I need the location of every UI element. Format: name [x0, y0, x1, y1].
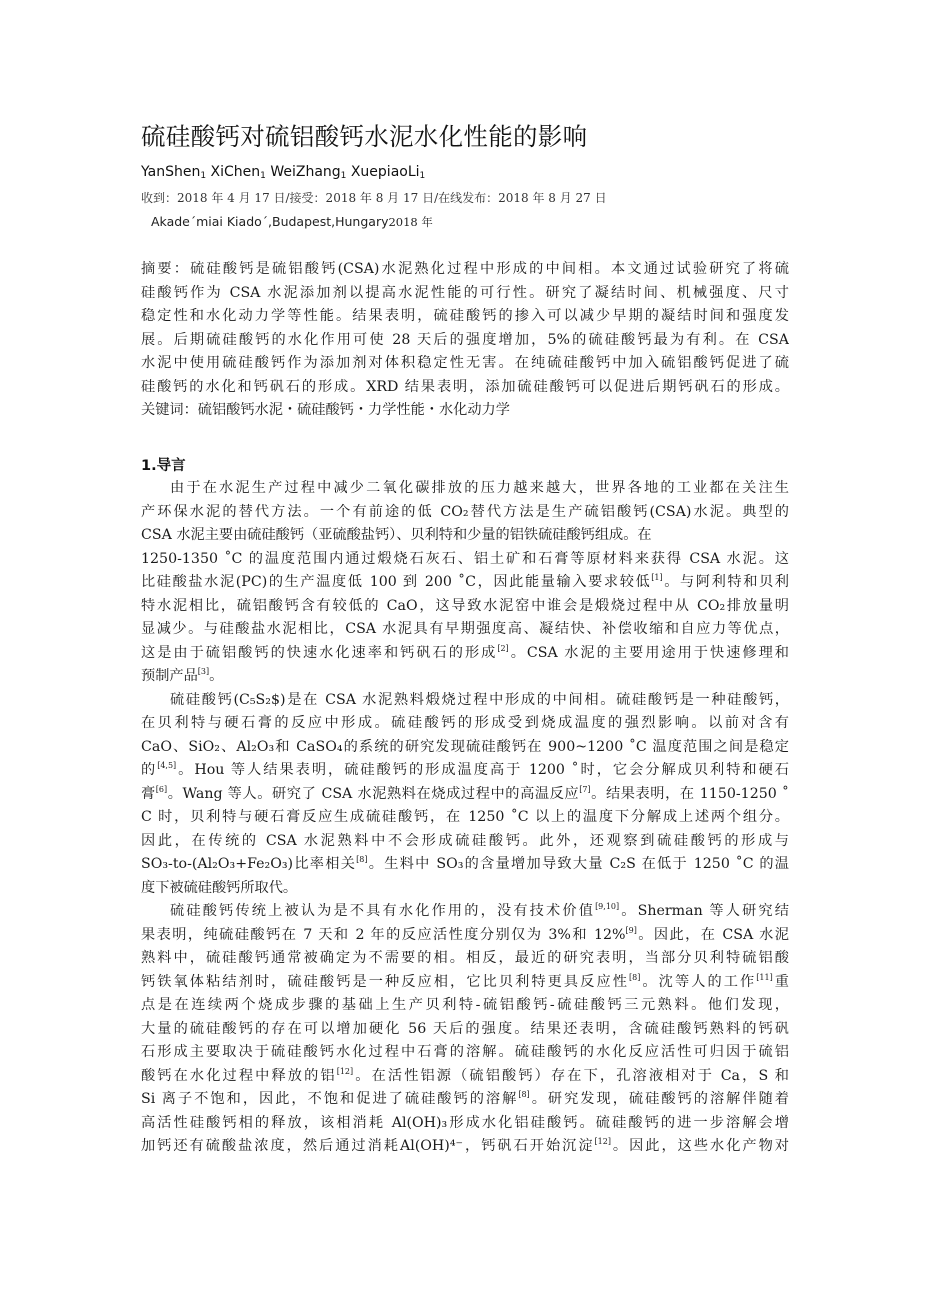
body-line: 点是在连续两个烧成步骤的基础上生产贝利特-硫铝酸钙-硫硅酸钙三元熟料。他们发现，: [141, 994, 789, 1018]
citation-marker: [12]: [595, 1137, 611, 1146]
author-affiliation: 1: [341, 171, 347, 181]
abstract-line: 水泥中使用硫硅酸钙作为添加剂对体积稳定性无害。在纯硫硅酸钙中加入硫铝酸钙促进了硫: [141, 352, 789, 376]
body-line: 比硅酸盐水泥(PC)的生产温度低 100 到 200 ˚C，因此能量输入要求较低…: [141, 571, 789, 595]
body-line: 果表明，纯硫硅酸钙在 7 天和 2 年的反应活性度分别仅为 3%和 12%[9]…: [141, 924, 789, 948]
body-line: 熟料中，硫硅酸钙通常被确定为不需要的相。相反，最近的研究表明，当部分贝利特硫铝酸: [141, 947, 789, 971]
body-line: 1250-1350 ˚C 的温度范围内通过煅烧石灰石、铝土矿和石膏等原材料来获得…: [141, 548, 789, 572]
abstract-line: 硅酸钙的水化和钙矾石的形成。XRD 结果表明，添加硫硅酸钙可以促进后期钙矾石的形…: [141, 376, 789, 400]
abstract-line: 摘要：硫硅酸钙是硫铝酸钙(CSA)水泥熟化过程中形成的中间相。本文通过试验研究了…: [141, 258, 789, 282]
body-line: 大量的硫硅酸钙的存在可以增加硬化 56 天后的强度。结果还表明，含硫硅酸钙熟料的…: [141, 1018, 789, 1042]
body-line: 显减少。与硅酸盐水泥相比，CSA 水泥具有早期强度高、凝结快、补偿收缩和自应力等…: [141, 618, 789, 642]
body-line: 这是由于硫铝酸钙的快速水化速率和钙矾石的形成[2]。CSA 水泥的主要用途用于快…: [141, 642, 789, 666]
body-line: 加钙还有硫酸盐浓度，然后通过消耗Al(OH)⁴⁻，钙矾石开始沉淀[12]。因此，…: [141, 1135, 789, 1159]
keywords: 关键词：硫铝酸钙水泥・硫硅酸钙・力学性能・水化动力学: [141, 399, 789, 423]
body-line: 因此，在传统的 CSA 水泥熟料中不会形成硫硅酸钙。此外，还观察到硫硅酸钙的形成…: [141, 830, 789, 854]
body-line: 钙铁氧体粘结剂时，硫硅酸钙是一种反应相，它比贝利特更具反应性[8]。沈等人的工作…: [141, 971, 789, 995]
body-line: Si 离子不饱和，因此，不饱和促进了硫硅酸钙的溶解[8]。研究发现，硫硅酸钙的溶…: [141, 1088, 789, 1112]
citation-marker: [8]: [356, 855, 367, 864]
publisher-year: 2018 年: [388, 215, 432, 229]
citation-marker: [4,5]: [157, 761, 176, 770]
citation-marker: [9]: [625, 926, 636, 935]
body-line: 度下被硫硅酸钙所取代。: [141, 877, 789, 901]
abstract-line: 展。后期硫硅酸钙的水化作用可使 28 天后的强度增加，5%的硫硅酸钙最为有利。在…: [141, 329, 789, 353]
body-line: C 时，贝利特与硬石膏反应生成硫硅酸钙，在 1250 ˚C 以上的温度下分解成上…: [141, 806, 789, 830]
abstract-line: 硅酸钙作为 CSA 水泥添加剂以提高水泥性能的可行性。研究了凝结时间、机械强度、…: [141, 282, 789, 306]
citation-marker: [6]: [156, 785, 167, 794]
author-affiliation: 1: [420, 171, 426, 181]
body-line: 产环保水泥的替代方法。一个有前途的低 CO₂替代方法是生产硫铝酸钙(CSA)水泥…: [141, 501, 789, 525]
body-line: SO₃-to-(Al₂O₃+Fe₂O₃)比率相关[8]。生料中 SO₃的含量增加…: [141, 853, 789, 877]
abstract-line: 稳定性和水化动力学等性能。结果表明，硫硅酸钙的掺入可以减少早期的凝结时间和强度发: [141, 305, 789, 329]
citation-marker: [11]: [756, 973, 772, 982]
body-line: 酸钙在水化过程中释放的铝[12]。在活性铝源（硫铝酸钙）存在下，孔溶液相对于 C…: [141, 1065, 789, 1089]
citation-marker: [1]: [651, 573, 662, 582]
body-line: 硫硅酸钙传统上被认为是不具有水化作用的，没有技术价值[9,10]。Sherman…: [141, 900, 789, 924]
body-line: 由于在水泥生产过程中减少二氧化碳排放的压力越来越大，世界各地的工业都在关注生: [141, 477, 789, 501]
body-line: CSA 水泥主要由硫硅酸钙（亚硫酸盐钙）、贝利特和少量的铝铁硫硅酸钙组成。在: [141, 524, 789, 548]
publisher-line: Akadeˊmiai Kiadoˊ,Budapest,Hungary2018 年: [151, 214, 433, 230]
body-line: 的[4,5]。Hou 等人结果表明，硫硅酸钙的形成温度高于 1200 ˚时，它会…: [141, 759, 789, 783]
author-list: YanShen1 XiChen1 WeiZhang1 XuepiaoLi1: [141, 164, 425, 180]
introduction-body: 由于在水泥生产过程中减少二氧化碳排放的压力越来越大，世界各地的工业都在关注生产环…: [141, 477, 789, 1159]
body-line: 硫硅酸钙(C₅S₂$)是在 CSA 水泥熟料煅烧过程中形成的中间相。硫硅酸钙是一…: [141, 689, 789, 713]
author-name: XuepiaoLi: [351, 164, 420, 180]
abstract: 摘要：硫硅酸钙是硫铝酸钙(CSA)水泥熟化过程中形成的中间相。本文通过试验研究了…: [141, 258, 789, 423]
publication-dates: 收到：2018 年 4 月 17 日/接受：2018 年 8 月 17 日/在线…: [141, 189, 607, 206]
author-affiliation: 1: [200, 171, 206, 181]
citation-marker: [2]: [497, 644, 508, 653]
body-line: 预制产品[3]。: [141, 665, 789, 689]
citation-marker: [7]: [579, 785, 590, 794]
body-line: 特水泥相比，硫铝酸钙含有较低的 CaO，这导致水泥窑中谁会是煅烧过程中从 CO₂…: [141, 595, 789, 619]
section-heading: 1.导言: [141, 454, 186, 475]
body-line: CaO、SiO₂、Al₂O₃和 CaSO₄的系统的研究发现硫硅酸钙在 900~1…: [141, 736, 789, 760]
body-line: 石形成主要取决于硫硅酸钙水化过程中石膏的溶解。硫硅酸钙的水化反应活性可归因于硫铝: [141, 1041, 789, 1065]
author-name: YanShen: [141, 164, 200, 180]
publisher-name: Akadeˊmiai Kiadoˊ,Budapest,Hungary: [151, 214, 388, 229]
citation-marker: [9,10]: [595, 902, 619, 911]
paper-title: 硫硅酸钙对硫铝酸钙水泥水化性能的影响: [141, 118, 587, 153]
citation-marker: [3]: [198, 667, 209, 676]
author-name: WeiZhang: [270, 164, 340, 180]
body-line: 在贝利特与硬石膏的反应中形成。硫硅酸钙的形成受到烧成温度的强烈影响。以前对含有: [141, 712, 789, 736]
citation-marker: [8]: [518, 1090, 529, 1099]
author-name: XiChen: [211, 164, 261, 180]
author-affiliation: 1: [260, 171, 266, 181]
citation-marker: [8]: [629, 973, 640, 982]
body-line: 膏[6]。Wang 等人。研究了 CSA 水泥熟料在烧成过程中的高温反应[7]。…: [141, 783, 789, 807]
citation-marker: [12]: [337, 1067, 353, 1076]
body-line: 高活性硅酸钙相的释放，该相消耗 Al(OH)₃形成水化铝硅酸钙。硫硅酸钙的进一步…: [141, 1112, 789, 1136]
